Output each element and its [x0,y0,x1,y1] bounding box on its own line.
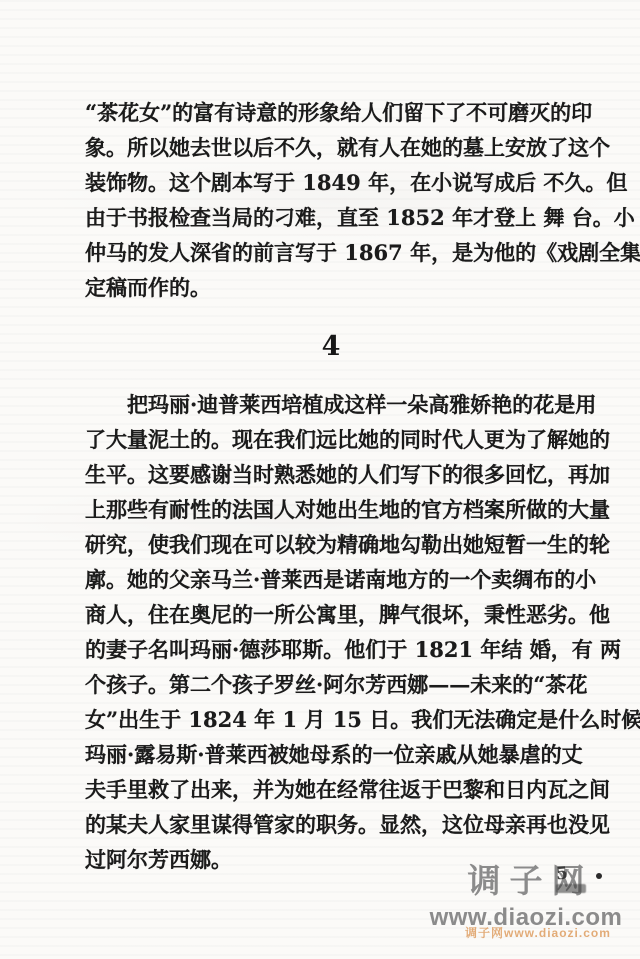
text-line: 上那些有耐性的法国人对她出生地的官方档案所做的大量 [85,492,577,527]
ink-smudge-artifact [556,884,586,893]
section-number: 4 [85,329,577,365]
text-block: “茶花女”的富有诗意的形象给人们留下了不可磨灭的印象。所以她去世以后不久，就有人… [85,95,577,877]
paragraph-1: “茶花女”的富有诗意的形象给人们留下了不可磨灭的印象。所以她去世以后不久，就有人… [85,95,577,305]
book-page: “茶花女”的富有诗意的形象给人们留下了不可磨灭的印象。所以她去世以后不久，就有人… [0,0,640,959]
text-line: 的某夫人家里谋得管家的职务。显然，这位母亲再也没见 [85,807,577,842]
text-line: 定稿而作的。 [85,270,577,305]
text-line: 个孩子。第二个孩子罗丝·阿尔芳西娜——未来的“茶花 [85,667,577,702]
text-line: 夫手里救了出来，并为她在经常往返于巴黎和日内瓦之间 [85,772,577,807]
text-line: 把玛丽·迪普莱西培植成这样一朵高雅娇艳的花是用 [85,387,577,422]
text-line: 商人，住在奥尼的一所公寓里，脾气很坏，秉性恶劣。他 [85,597,577,632]
text-line: 研究，使我们现在可以较为精确地勾勒出她短暂一生的轮 [85,527,577,562]
ink-dot-artifact [596,873,602,879]
text-line: 仲马的发人深省的前言写于 1867 年，是为他的《戏剧全集》 [85,235,577,270]
text-line: 装饰物。这个剧本写于 1849 年，在小说写成后 不久。但 [85,165,577,200]
watermark-site-name: 调子网 [413,860,639,902]
text-line: 象。所以她去世以后不久，就有人在她的墓上安放了这个 [85,130,577,165]
text-line: 了大量泥土的。现在我们远比她的同时代人更为了解她的 [85,422,577,457]
text-line: 女”出生于 1824 年 1 月 15 日。我们无法确定是什么时候 [85,702,577,737]
watermark-site-url: www.diaozi.com [413,902,639,934]
text-line: 的妻子名叫玛丽·德莎耶斯。他们于 1821 年结 婚，有 两 [85,632,577,667]
paragraph-2: 把玛丽·迪普莱西培植成这样一朵高雅娇艳的花是用了大量泥土的。现在我们远比她的同时… [85,387,577,877]
page-number-artifact: 5 [555,864,569,885]
text-line: 玛丽·露易斯·普莱西被她母系的一位亲戚从她暴虐的丈 [85,737,577,772]
text-line: 由于书报检查当局的刁难，直至 1852 年才登上 舞 台。小 [85,200,577,235]
text-line: 生平。这要感谢当时熟悉她的人们写下的很多回忆，再加 [85,457,577,492]
watermark: 调子网www.diaozi.com 调子网 www.diaozi.com [413,860,639,934]
text-line: “茶花女”的富有诗意的形象给人们留下了不可磨灭的印 [85,95,577,130]
text-line: 廓。她的父亲马兰·普莱西是诺南地方的一个卖绸布的小 [85,562,577,597]
